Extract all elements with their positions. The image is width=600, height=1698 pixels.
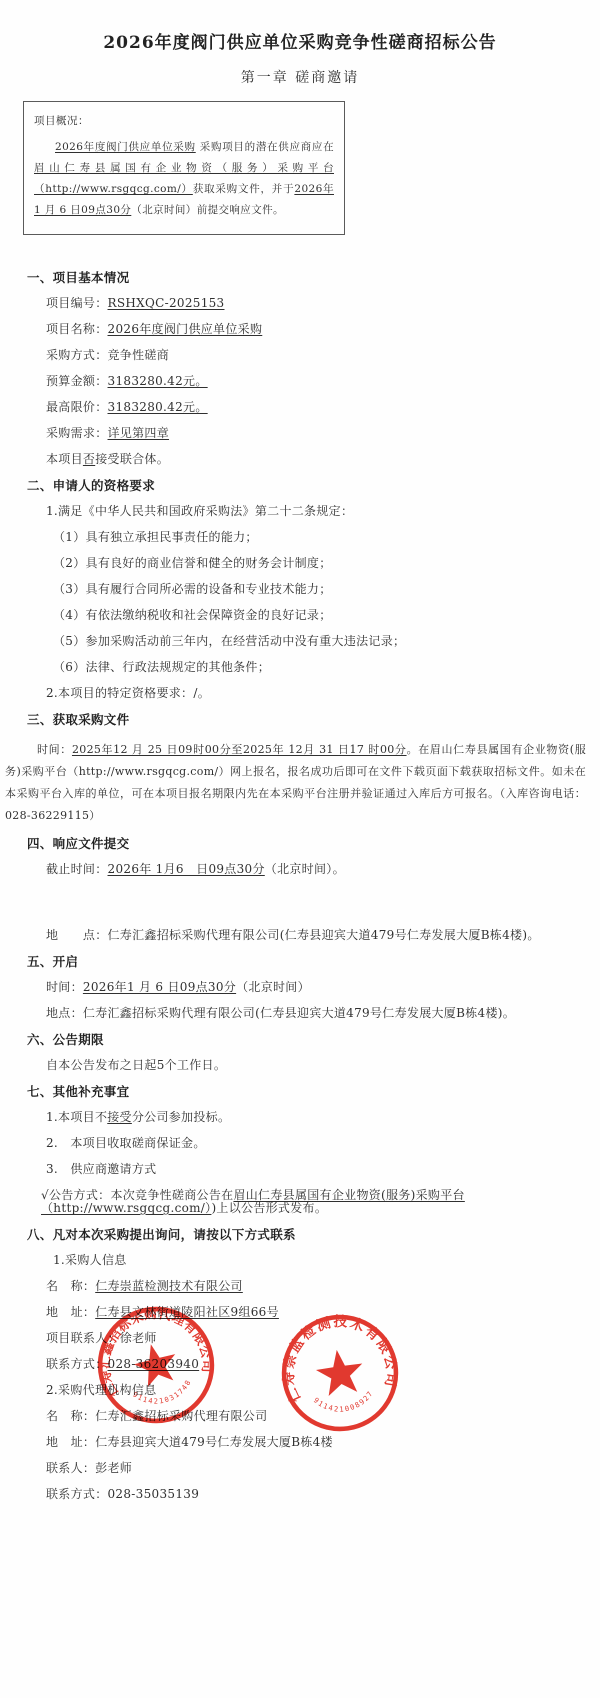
text-segment: √公告方式：本次竞争性磋商公告在 <box>41 1188 233 1202</box>
doc-line: 1.采购人信息 <box>5 1254 586 1267</box>
chapter-heading: 第一章 磋商邀请 <box>0 67 600 87</box>
text-segment: )上以公告形式发布。 <box>211 1201 327 1215</box>
doc-line: 2.采购代理机构信息 <box>5 1384 586 1397</box>
underlined-value: 3183280.42元。 <box>108 400 208 414</box>
text-segment: 三、获取采购文件 <box>27 712 129 727</box>
underlined-value: 2026年度阀门供应单位采购 <box>108 322 263 336</box>
underlined-value: 详见第四章 <box>108 426 170 440</box>
spacer <box>0 889 600 929</box>
doc-line: √公告方式：本次竞争性磋商公告在眉山仁寿县属国有企业物资(服务)采购平台（htt… <box>5 1189 586 1215</box>
text-segment: 2.本项目的特定资格要求：/。 <box>46 686 210 700</box>
doc-line: （1）具有独立承担民事责任的能力； <box>5 531 586 544</box>
text-segment: 六、公告期限 <box>27 1032 104 1047</box>
text-segment: （北京时间）前提交响应文件。 <box>131 204 284 216</box>
text-segment: 名 称： <box>46 1279 95 1293</box>
underlined-value: 2026年度阀门供应单位采购 <box>55 141 196 153</box>
text-segment: （4）有依法缴纳税收和社会保障资金的良好记录； <box>53 608 332 622</box>
text-segment: 联系方式：028-35035139 <box>46 1487 199 1501</box>
text-segment: 二、申请人的资格要求 <box>27 478 155 493</box>
doc-body: 一、项目基本情况项目编号：RSHXQC-2025153项目名称：2026年度阀门… <box>0 271 600 1501</box>
doc-line: 采购需求：详见第四章 <box>5 427 586 440</box>
underlined-value: 028-36203940 <box>108 1357 200 1371</box>
text-segment: 2.采购代理机构信息 <box>46 1383 156 1397</box>
doc-line: 联系方式：028-35035139 <box>5 1488 586 1501</box>
text-segment: 联系人：彭老师 <box>46 1461 132 1475</box>
doc-line: （5）参加采购活动前三年内，在经营活动中没有重大违法记录； <box>5 635 586 648</box>
text-segment: （3）具有履行合同所必需的设备和专业技术能力； <box>53 582 332 596</box>
underlined-value: 接受 <box>107 1110 132 1124</box>
text-segment: 2. 本项目收取磋商保证金。 <box>46 1136 206 1150</box>
doc-line: 地 址：仁寿县文林街道陵阳社区9组66号 <box>5 1306 586 1319</box>
overview-paragraph: 2026年度阀门供应单位采购 采购项目的潜在供应商应在眉山仁寿县属国有企业物资（… <box>34 137 334 221</box>
doc-line: 本项目否接受联合体。 <box>5 453 586 466</box>
text-segment: （北京时间） <box>236 980 310 994</box>
text-segment: 地 址： <box>46 1305 95 1319</box>
doc-line: 名 称：仁寿汇鑫招标采购代理有限公司 <box>5 1410 586 1423</box>
text-segment: 采购需求： <box>46 426 108 440</box>
doc-line: 地点：仁寿汇鑫招标采购代理有限公司(仁寿县迎宾大道479号仁寿发展大厦B栋4楼)… <box>5 1007 586 1020</box>
text-segment: 3. 供应商邀请方式 <box>46 1162 156 1176</box>
text-segment: 采购项目的潜在供应商应在 <box>196 141 334 153</box>
underlined-value: 3183280.42元。 <box>108 374 208 388</box>
text-segment: （北京时间）。 <box>265 862 345 876</box>
section-heading: 四、响应文件提交 <box>5 837 586 850</box>
section-heading: 五、开启 <box>5 955 586 968</box>
doc-line: 1.满足《中华人民共和国政府采购法》第二十二条规定： <box>5 505 586 518</box>
text-segment: 接受联合体。 <box>95 452 169 466</box>
text-segment: 时间： <box>37 743 72 756</box>
text-segment: 预算金额： <box>46 374 108 388</box>
doc-line: 项目编号：RSHXQC-2025153 <box>5 297 586 310</box>
text-segment: 时间： <box>46 980 83 994</box>
doc-line: 2. 本项目收取磋商保证金。 <box>5 1137 586 1150</box>
section-heading: 一、项目基本情况 <box>5 271 586 284</box>
text-segment: 八、凡对本次采购提出询问，请按以下方式联系 <box>27 1227 296 1242</box>
text-segment: （6）法律、行政法规规定的其他条件； <box>53 660 270 674</box>
text-segment: 联系方式： <box>46 1357 108 1371</box>
text-segment: 名 称：仁寿汇鑫招标采购代理有限公司 <box>46 1409 267 1423</box>
doc-line: （4）有依法缴纳税收和社会保障资金的良好记录； <box>5 609 586 622</box>
text-segment: （2）具有良好的商业信誉和健全的财务会计制度； <box>53 556 332 570</box>
text-segment: 1.满足《中华人民共和国政府采购法》第二十二条规定： <box>46 504 353 518</box>
section-heading: 八、凡对本次采购提出询问，请按以下方式联系 <box>5 1228 586 1241</box>
doc-line: 采购方式：竞争性磋商 <box>5 349 586 362</box>
text-segment: 获取采购文件，并于 <box>193 183 295 195</box>
doc-line: （3）具有履行合同所必需的设备和专业技术能力； <box>5 583 586 596</box>
text-segment: 采购方式：竞争性磋商 <box>46 348 169 362</box>
text-segment: 截止时间： <box>46 862 108 876</box>
text-segment: 地 点：仁寿汇鑫招标采购代理有限公司(仁寿县迎宾大道479号仁寿发展大厦B栋4楼… <box>46 928 540 942</box>
section-heading: 二、申请人的资格要求 <box>5 479 586 492</box>
text-segment: 项目联系人：徐老师 <box>46 1331 157 1345</box>
overview-label: 项目概况： <box>34 113 334 128</box>
doc-line: 名 称：仁寿崇蓝检测技术有限公司 <box>5 1280 586 1293</box>
doc-line: 地 点：仁寿汇鑫招标采购代理有限公司(仁寿县迎宾大道479号仁寿发展大厦B栋4楼… <box>5 929 586 942</box>
underlined-value: 2025年12 月 25 日09时00分至2025年 12月 31 日17 时0… <box>72 743 407 756</box>
text-segment: （5）参加采购活动前三年内，在经营活动中没有重大违法记录； <box>53 634 405 648</box>
doc-line: 联系人：彭老师 <box>5 1462 586 1475</box>
text-segment: 项目名称： <box>46 322 108 336</box>
doc-line: 联系方式：028-36203940 <box>5 1358 586 1371</box>
underlined-value: 仁寿县文林街道陵阳社区9组66号 <box>95 1305 279 1319</box>
doc-line: 时间：2025年12 月 25 日09时00分至2025年 12月 31 日17… <box>5 739 586 827</box>
document-title: 2026年度阀门供应单位采购竞争性磋商招标公告 <box>0 0 600 53</box>
text-segment: 七、其他补充事宜 <box>27 1084 129 1099</box>
doc-line: 时间：2026年1 月 6 日09点30分（北京时间） <box>5 981 586 994</box>
text-segment: 项目编号： <box>46 296 108 310</box>
doc-line: 3. 供应商邀请方式 <box>5 1163 586 1176</box>
text-segment: 地 址：仁寿县迎宾大道479号仁寿发展大厦B栋4楼 <box>46 1435 333 1449</box>
doc-line: 最高限价：3183280.42元。 <box>5 401 586 414</box>
underlined-value: 否 <box>83 452 95 466</box>
text-segment: 1.本项目不 <box>46 1110 107 1124</box>
text-segment: 最高限价： <box>46 400 108 414</box>
doc-line: 自本公告发布之日起5个工作日。 <box>5 1059 586 1072</box>
doc-line: 项目名称：2026年度阀门供应单位采购 <box>5 323 586 336</box>
doc-line: 预算金额：3183280.42元。 <box>5 375 586 388</box>
text-segment: 自本公告发布之日起5个工作日。 <box>46 1058 226 1072</box>
doc-line: （6）法律、行政法规规定的其他条件； <box>5 661 586 674</box>
doc-line: 1.本项目不接受分公司参加投标。 <box>5 1111 586 1124</box>
doc-line: （2）具有良好的商业信誉和健全的财务会计制度； <box>5 557 586 570</box>
text-segment: 1.采购人信息 <box>53 1253 127 1267</box>
text-segment: 一、项目基本情况 <box>27 270 129 285</box>
text-segment: 分公司参加投标。 <box>132 1110 230 1124</box>
text-segment: 本项目 <box>46 452 83 466</box>
section-heading: 七、其他补充事宜 <box>5 1085 586 1098</box>
text-segment: 四、响应文件提交 <box>27 836 129 851</box>
section-heading: 三、获取采购文件 <box>5 713 586 726</box>
doc-line: 地 址：仁寿县迎宾大道479号仁寿发展大厦B栋4楼 <box>5 1436 586 1449</box>
text-segment: 地点：仁寿汇鑫招标采购代理有限公司(仁寿县迎宾大道479号仁寿发展大厦B栋4楼)… <box>46 1006 515 1020</box>
text-segment: 五、开启 <box>27 954 78 969</box>
doc-line: 项目联系人：徐老师 <box>5 1332 586 1345</box>
underlined-value: 2026年1 月 6 日09点30分 <box>83 980 236 994</box>
underlined-value: RSHXQC-2025153 <box>108 296 225 310</box>
document-page: 2026年度阀门供应单位采购竞争性磋商招标公告 第一章 磋商邀请 项目概况： 2… <box>0 0 600 1698</box>
underlined-value: 2026年 1月6 日09点30分 <box>108 862 265 876</box>
project-overview-box: 项目概况： 2026年度阀门供应单位采购 采购项目的潜在供应商应在眉山仁寿县属国… <box>23 101 345 235</box>
underlined-value: 仁寿崇蓝检测技术有限公司 <box>95 1279 243 1293</box>
text-segment: （1）具有独立承担民事责任的能力； <box>53 530 258 544</box>
doc-line: 2.本项目的特定资格要求：/。 <box>5 687 586 700</box>
section-heading: 六、公告期限 <box>5 1033 586 1046</box>
doc-line: 截止时间：2026年 1月6 日09点30分（北京时间）。 <box>5 863 586 876</box>
